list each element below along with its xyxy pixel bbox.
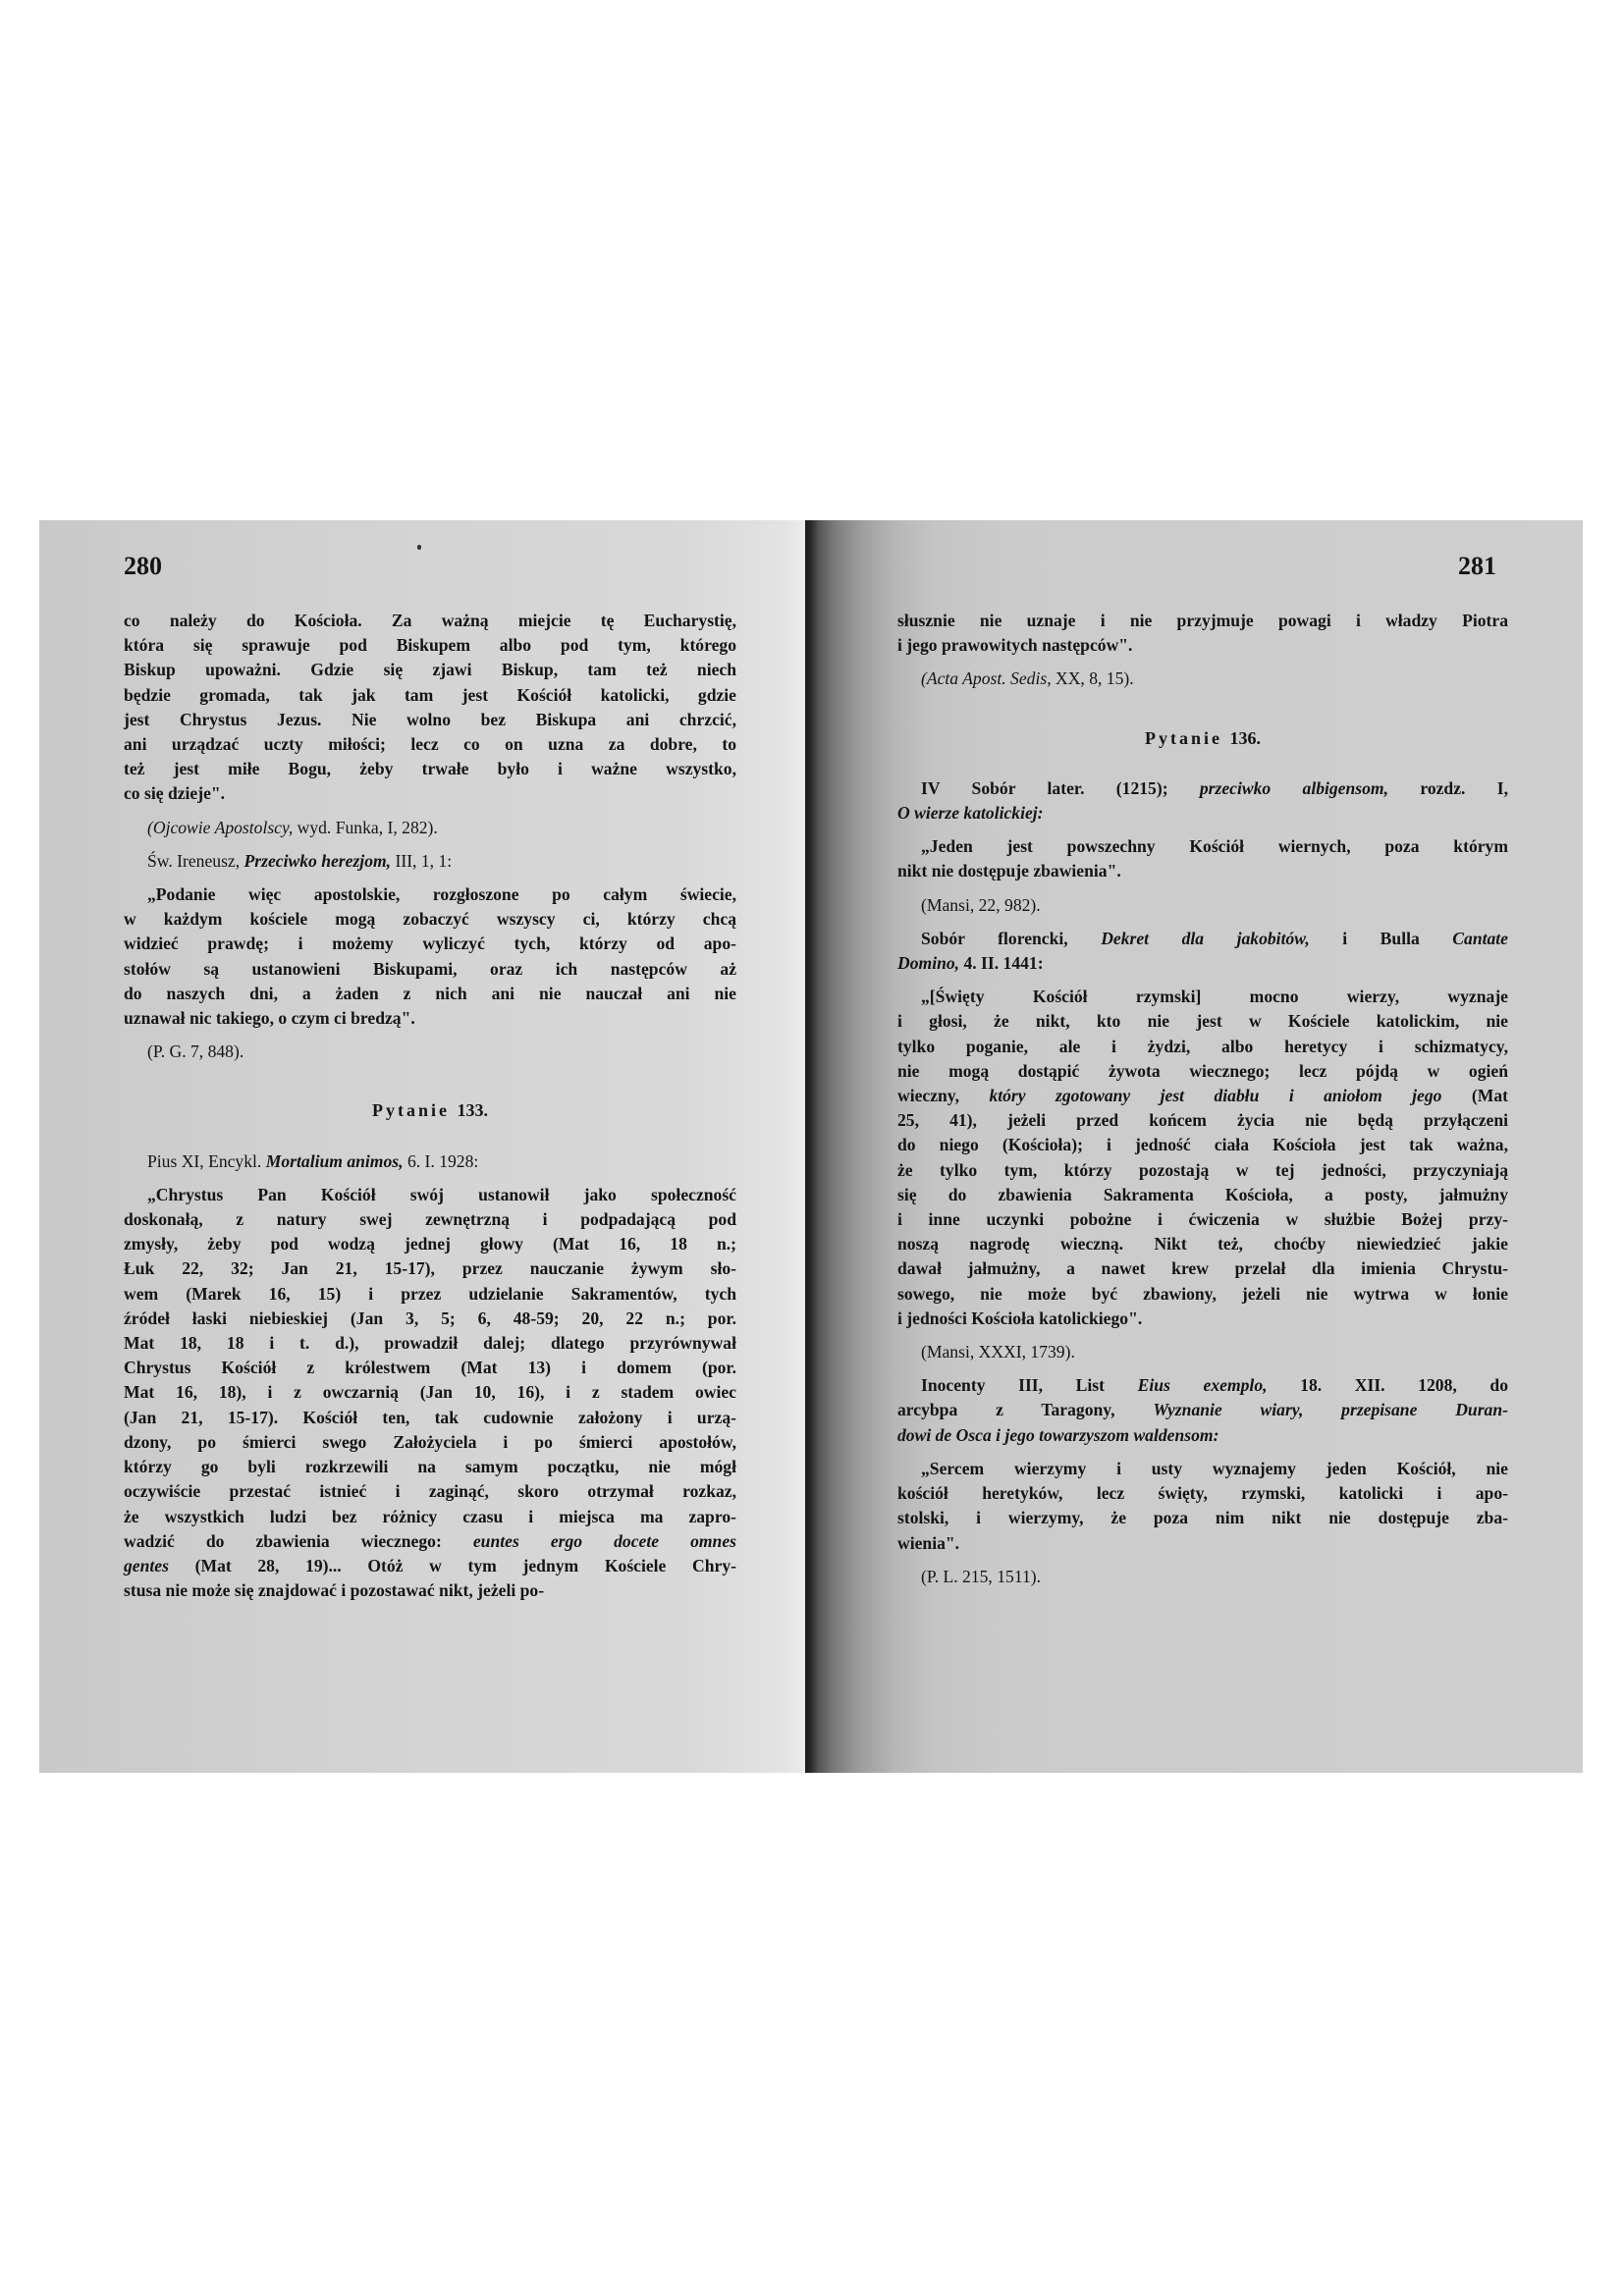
citation: (Ojcowie Apostolscy, wyd. Funka, I, 282)… xyxy=(124,816,736,840)
spacer xyxy=(897,658,1508,667)
quotation: „Sercem wierzymy i usty wyznajemy jeden … xyxy=(897,1457,1508,1556)
source-reference: Pius XI, Encykl. Mortalium animos, 6. I.… xyxy=(124,1149,736,1174)
quotation-line: Mat 16, 18), i z owczarnią (Jan 10, 16),… xyxy=(124,1380,736,1405)
paragraph-line: też jest miłe Bogu, żeby trwałe było i w… xyxy=(124,757,736,781)
quotation-line: „[Święty Kościół rzymski] mocno wierzy, … xyxy=(897,985,1508,1009)
quotation-line: do niego (Kościoła); i jedność ciała Koś… xyxy=(897,1133,1508,1157)
spacer xyxy=(897,826,1508,834)
source-reference-line: dowi de Osca i jego towarzyszom waldenso… xyxy=(897,1423,1508,1448)
spacer xyxy=(124,874,736,882)
quotation-line: dzony, po śmierci swego Założyciela i po… xyxy=(124,1430,736,1455)
source-reference-line: arcybpa z Taragony, Wyznanie wiary, prze… xyxy=(897,1398,1508,1422)
quotation-line: Mat 18, 18 i t. d.), prowadził dalej; dl… xyxy=(124,1331,736,1356)
spacer xyxy=(124,840,736,849)
quotation-line: i jedności Kościoła katolickiego". xyxy=(897,1307,1508,1331)
paragraph-line: będzie gromada, tak jak tam jest Kościół… xyxy=(124,683,736,708)
spacer xyxy=(897,1331,1508,1340)
source-reference: Św. Ireneusz, Przeciwko herezjom, III, 1… xyxy=(124,849,736,874)
quotation-line: że tylko tym, którzy pozostają w tej jed… xyxy=(897,1158,1508,1183)
quotation-line: wienia". xyxy=(897,1531,1508,1556)
source-reference: IV Sobór later. (1215); przeciwko albige… xyxy=(897,776,1508,826)
heading-word: Pytanie xyxy=(372,1100,458,1120)
quotation-line: oczywiście przestać istnieć i zaginąć, s… xyxy=(124,1479,736,1504)
quotation-line: zmysły, żeby pod wodzą jednej głowy (Mat… xyxy=(124,1232,736,1256)
paragraph: słusznie nie uznaje i nie przyjmuje powa… xyxy=(897,609,1508,658)
spacer xyxy=(897,1556,1508,1565)
quotation-line: kościół heretyków, lecz święty, rzymski,… xyxy=(897,1481,1508,1506)
paragraph-line: i jego prawowitych następców". xyxy=(897,633,1508,658)
source-reference-line: Domino, 4. II. 1441: xyxy=(897,951,1508,976)
quotation-line: noszą nagrodę wieczną. Nikt też, choćby … xyxy=(897,1232,1508,1256)
quotation-line: dawał jałmużny, a nawet krew przelał dla… xyxy=(897,1256,1508,1281)
quotation-line: nikt nie dostępuje zbawienia". xyxy=(897,859,1508,883)
paragraph-line: co należy do Kościoła. Za ważną miejcie … xyxy=(124,609,736,633)
spacer xyxy=(124,1073,736,1098)
quotation-line: „Sercem wierzymy i usty wyznajemy jeden … xyxy=(897,1457,1508,1481)
page-number-right: 281 xyxy=(1458,552,1496,581)
quotation-line: stusa nie może się znajdować i pozostawa… xyxy=(124,1578,736,1603)
source-reference-line: IV Sobór later. (1215); przeciwko albige… xyxy=(897,776,1508,801)
spacer xyxy=(124,1064,736,1073)
quotation-line: i głosi, że nikt, kto nie jest w Kościel… xyxy=(897,1009,1508,1034)
quotation-line: uznawał nic takiego, o czym ci bredzą". xyxy=(124,1006,736,1031)
quotation-line: Chrystus Kościół z królestwem (Mat 13) i… xyxy=(124,1356,736,1380)
source-reference: Inocenty III, List Eius exemplo, 18. XII… xyxy=(897,1373,1508,1448)
heading-number: 136. xyxy=(1230,728,1262,748)
quotation-line: sowego, nie może być zbawiony, jeżeli ni… xyxy=(897,1282,1508,1307)
right-page-text: słusznie nie uznaje i nie przyjmuje powa… xyxy=(897,609,1508,1589)
quotation-line: w każdym kościele mogą zobaczyć wszyscy … xyxy=(124,907,736,932)
quotation: „Chrystus Pan Kościół swój ustanowił jak… xyxy=(124,1183,736,1603)
paragraph-line: jest Chrystus Jezus. Nie wolno bez Bisku… xyxy=(124,708,736,732)
quotation-line: źródeł łaski niebieskiej (Jan 3, 5; 6, 4… xyxy=(124,1307,736,1331)
citation: (P. G. 7, 848). xyxy=(124,1040,736,1064)
quotation-line: doskonałą, z natury swej zewnętrzną i po… xyxy=(124,1207,736,1232)
page-number-left: 280 xyxy=(124,552,162,581)
paragraph-line: słusznie nie uznaje i nie przyjmuje powa… xyxy=(897,609,1508,633)
paragraph-line: Biskup upoważni. Gdzie się zjawi Biskup,… xyxy=(124,658,736,682)
spacer xyxy=(897,1448,1508,1457)
left-page-text: co należy do Kościoła. Za ważną miejcie … xyxy=(124,609,736,1603)
spacer xyxy=(897,976,1508,985)
spacer xyxy=(897,692,1508,701)
citation: (Acta Apost. Sedis, XX, 8, 15). xyxy=(897,667,1508,691)
source-reference-line: Sobór florencki, Dekret dla jakobitów, i… xyxy=(897,927,1508,951)
quotation-line: stołów są ustanowieni Biskupami, oraz ic… xyxy=(124,957,736,982)
spacer xyxy=(897,701,1508,726)
paragraph-line: ani urządzać uczty miłości; lecz co on u… xyxy=(124,732,736,757)
quotation: „[Święty Kościół rzymski] mocno wierzy, … xyxy=(897,985,1508,1331)
paragraph-line: która się sprawuje pod Biskupem albo pod… xyxy=(124,633,736,658)
spacer xyxy=(124,1174,736,1183)
paragraph-line: co się dzieje". xyxy=(124,781,736,806)
quotation-line: widzieć prawdę; i możemy wyliczyć tych, … xyxy=(124,932,736,956)
right-page: 281 słusznie nie uznaje i nie przyjmuje … xyxy=(805,520,1583,1773)
quotation-line: „Chrystus Pan Kościół swój ustanowił jak… xyxy=(124,1183,736,1207)
spacer xyxy=(897,1364,1508,1373)
paragraph: co należy do Kościoła. Za ważną miejcie … xyxy=(124,609,736,807)
quotation-line: i inne uczynki pobożne i ćwiczenia w słu… xyxy=(897,1207,1508,1232)
quotation-line: do naszych dni, a żaden z nich ani nie n… xyxy=(124,982,736,1006)
quotation-line: 25, 41), jeżeli przed końcem życia nie b… xyxy=(897,1108,1508,1133)
quotation-line: którzy go byli rozkrzewili na samym pocz… xyxy=(124,1455,736,1479)
spacer xyxy=(897,918,1508,927)
source-reference-line: O wierze katolickiej: xyxy=(897,801,1508,826)
spacer xyxy=(124,1031,736,1040)
heading-word: Pytanie xyxy=(1145,728,1230,748)
quotation-line: gentes (Mat 28, 19)... Otóż w tym jednym… xyxy=(124,1554,736,1578)
spacer xyxy=(124,807,736,816)
source-reference: Sobór florencki, Dekret dla jakobitów, i… xyxy=(897,927,1508,976)
quotation-line: (Jan 21, 15-17). Kościół ten, tak cudown… xyxy=(124,1406,736,1430)
quotation: „Podanie więc apostolskie, rozgłoszone p… xyxy=(124,882,736,1031)
quotation-line: nie mogą dostąpić żywota wiecznego; lecz… xyxy=(897,1059,1508,1084)
heading-number: 133. xyxy=(458,1100,489,1120)
question-heading: Pytanie 136. xyxy=(897,726,1508,751)
quotation-line: „Jeden jest powszechny Kościół wiernych,… xyxy=(897,834,1508,859)
quotation-line: Łuk 22, 32; Jan 21, 15-17), przez naucza… xyxy=(124,1256,736,1281)
quotation-line: wadzić do zbawienia wiecznego: euntes er… xyxy=(124,1529,736,1554)
citation: (Mansi, XXXI, 1739). xyxy=(897,1340,1508,1364)
quotation-line: wem (Marek 16, 15) i przez udzielanie Sa… xyxy=(124,1282,736,1307)
source-reference-line: Inocenty III, List Eius exemplo, 18. XII… xyxy=(897,1373,1508,1398)
question-heading: Pytanie 133. xyxy=(124,1098,736,1123)
citation: (P. L. 215, 1511). xyxy=(897,1565,1508,1589)
spacer xyxy=(897,884,1508,893)
scan-speck xyxy=(417,545,421,550)
quotation-line: że wszystkich ludzi bez różnicy czasu i … xyxy=(124,1505,736,1529)
quotation-line: tylko poganie, ale i żydzi, albo heretyc… xyxy=(897,1035,1508,1059)
citation: (Mansi, 22, 982). xyxy=(897,893,1508,918)
spacer xyxy=(124,1124,736,1149)
left-page: 280 co należy do Kościoła. Za ważną miej… xyxy=(39,520,805,1773)
book-scan-spread: 280 co należy do Kościoła. Za ważną miej… xyxy=(39,520,1583,1773)
spacer xyxy=(897,751,1508,776)
quotation-line: się do zbawienia Sakramenta Kościoła, a … xyxy=(897,1183,1508,1207)
quotation: „Jeden jest powszechny Kościół wiernych,… xyxy=(897,834,1508,883)
quotation-line: wieczny, który zgotowany jest diabłu i a… xyxy=(897,1084,1508,1108)
quotation-line: stolski, i wierzymy, że poza nim nikt ni… xyxy=(897,1506,1508,1530)
quotation-line: „Podanie więc apostolskie, rozgłoszone p… xyxy=(124,882,736,907)
